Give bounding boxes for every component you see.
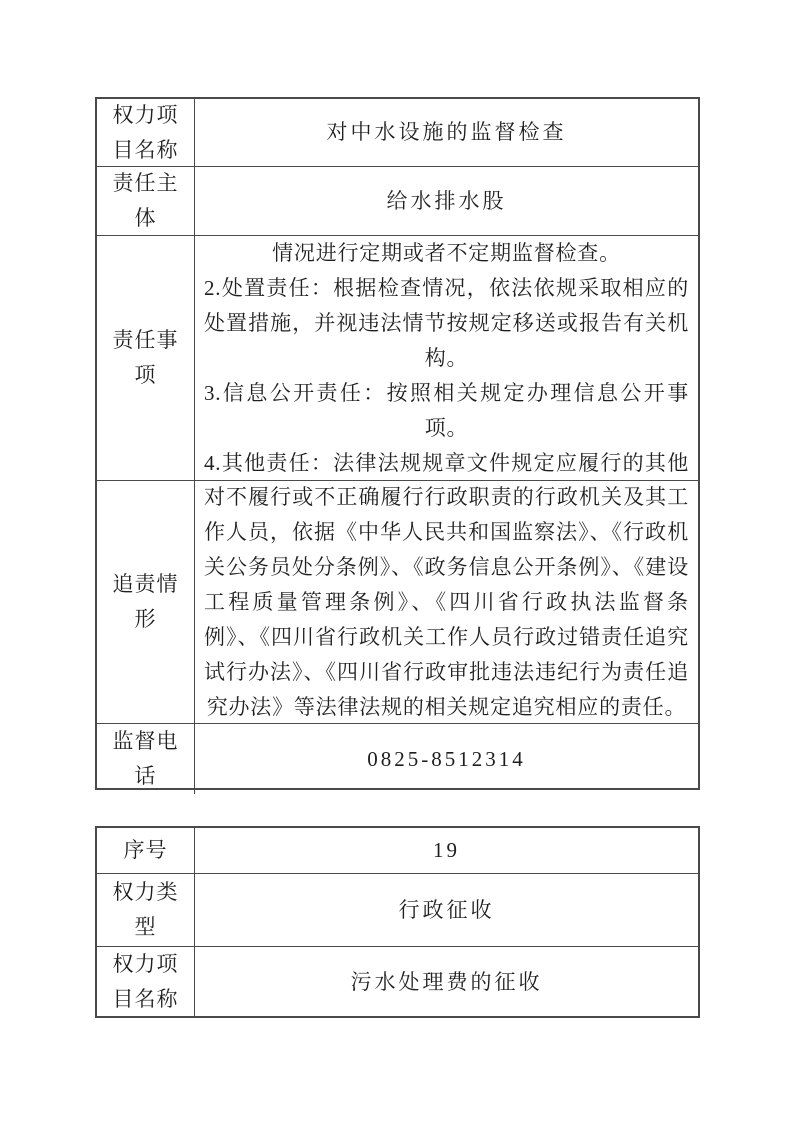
row-label-text: 权力类型: [111, 875, 180, 945]
duty-paragraph: 1.检查责任：根据本地区的实际情况，对中水设施情况进行定期或者不定期监督检查。: [204, 236, 689, 271]
table-row-responsible-body: 责任主体 给水排水股: [97, 167, 698, 236]
table-row-serial-number: 序号 19: [97, 828, 698, 874]
next-item-table: 序号 19 权力类型 行政征收 权力项目名称 污水处理费的征收: [95, 826, 700, 1018]
row-value-text: 行政征收: [204, 893, 689, 928]
row-label-text: 责任主体: [111, 167, 180, 235]
row-label: 权力项目名称: [97, 99, 195, 166]
row-label-text: 责任事项: [111, 323, 180, 393]
row-value: 污水处理费的征收: [195, 947, 698, 1017]
row-label-text: 权力项目名称: [111, 947, 180, 1017]
row-value: 对不履行或不正确履行行政职责的行政机关及其工作人员，依据《中华人民共和国监察法》…: [195, 481, 698, 723]
row-label: 权力类型: [97, 874, 195, 946]
row-value: 行政征收: [195, 874, 698, 946]
row-value: 给水排水股: [195, 167, 698, 235]
row-label: 序号: [97, 828, 195, 873]
row-label-text: 权力项目名称: [111, 99, 180, 166]
row-label: 权力项目名称: [97, 947, 195, 1017]
row-value-text: 给水排水股: [204, 184, 689, 219]
responsibility-table: 权力项目名称 对中水设施的监督检查 责任主体 给水排水股 责任事项 1.检查责任…: [95, 97, 700, 790]
row-value: 0825-8512314: [195, 724, 698, 794]
row-value: 1.检查责任：根据本地区的实际情况，对中水设施情况进行定期或者不定期监督检查。 …: [195, 236, 698, 480]
phone-number-text: 0825-8512314: [204, 742, 689, 777]
table-row-power-item-name: 权力项目名称 对中水设施的监督检查: [97, 99, 698, 167]
row-value-text: 污水处理费的征收: [204, 965, 689, 1000]
duty-paragraph: 3.信息公开责任：按照相关规定办理信息公开事项。: [204, 376, 689, 446]
row-value-text: 对中水设施的监督检查: [204, 115, 689, 150]
row-label: 追责情形: [97, 481, 195, 723]
table-row-supervision-phone: 监督电话 0825-8512314: [97, 724, 698, 794]
accountability-paragraph: 对不履行或不正确履行行政职责的行政机关及其工作人员，依据《中华人民共和国监察法》…: [204, 481, 689, 723]
document-page: 权力项目名称 对中水设施的监督检查 责任主体 给水排水股 责任事项 1.检查责任…: [0, 0, 793, 1122]
table-row-duty-items: 责任事项 1.检查责任：根据本地区的实际情况，对中水设施情况进行定期或者不定期监…: [97, 236, 698, 481]
duty-paragraph: 2.处置责任：根据检查情况，依法依规采取相应的处置措施，并视违法情节按规定移送或…: [204, 271, 689, 376]
table-row-power-item-name: 权力项目名称 污水处理费的征收: [97, 947, 698, 1017]
row-value: 19: [195, 828, 698, 873]
row-label: 责任主体: [97, 167, 195, 235]
table-row-accountability: 追责情形 对不履行或不正确履行行政职责的行政机关及其工作人员，依据《中华人民共和…: [97, 481, 698, 724]
row-label-text: 追责情形: [111, 567, 180, 637]
row-label-text: 序号: [124, 833, 168, 868]
row-label: 责任事项: [97, 236, 195, 480]
row-label: 监督电话: [97, 724, 195, 794]
row-label-text: 监督电话: [111, 724, 180, 794]
serial-number-text: 19: [204, 833, 689, 868]
row-value: 对中水设施的监督检查: [195, 99, 698, 166]
table-row-power-type: 权力类型 行政征收: [97, 874, 698, 947]
duty-paragraph: 4.其他责任：法律法规规章文件规定应履行的其他责任。: [204, 446, 689, 481]
